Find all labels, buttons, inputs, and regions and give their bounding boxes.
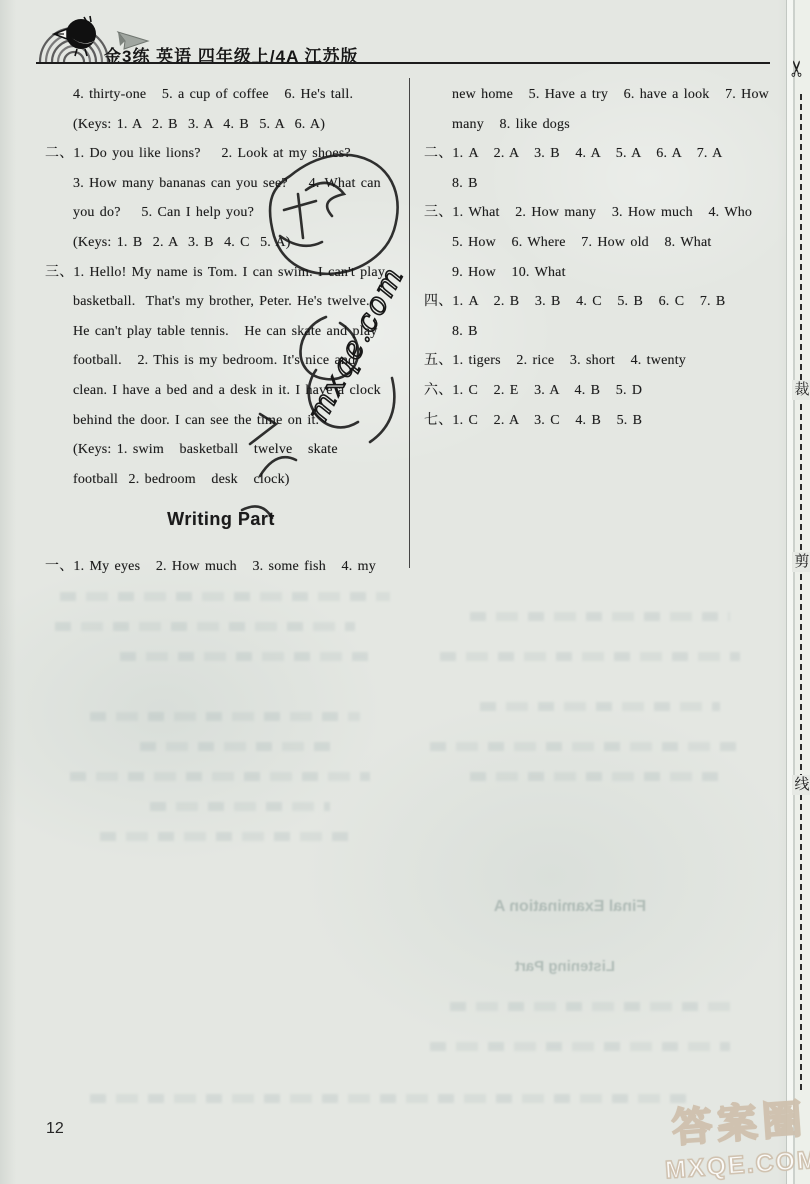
answer-line: 七、1. C 2. A 3. C 4. B 5. B: [424, 406, 776, 436]
answer-line: new home 5. Have a try 6. have a look 7.…: [424, 80, 776, 110]
bleedthrough-smudge: [430, 742, 740, 751]
answer-line: football. 2. This is my bedroom. It's ni…: [45, 346, 397, 376]
bleedthrough-smudge: [150, 802, 330, 811]
answer-line: 8. B: [424, 317, 776, 347]
bleedthrough-smudge: [140, 742, 340, 751]
bleedthrough-smudge: [70, 772, 370, 781]
answer-line: 三、1. Hello! My name is Tom. I can swim. …: [45, 258, 397, 288]
answer-line: 四、1. A 2. B 3. B 4. C 5. B 6. C 7. B: [424, 287, 776, 317]
answer-line: clean. I have a bed and a desk in it. I …: [45, 376, 397, 406]
bleedthrough-smudge: [440, 652, 740, 661]
bleedthrough-smudge: [55, 622, 355, 631]
answer-line: 5. How 6. Where 7. How old 8. What: [424, 228, 776, 258]
cut-line-label: 裁: [792, 380, 810, 400]
brand-watermark-cn: 答案圈: [660, 1087, 810, 1155]
answer-line: 4. thirty-one 5. a cup of coffee 6. He's…: [45, 80, 397, 110]
bleedthrough-smudge: [470, 612, 730, 621]
answer-line: 五、1. tigers 2. rice 3. short 4. twenty: [424, 346, 776, 376]
writing-part-heading: Writing Part: [45, 506, 397, 532]
answer-line: 二、1. Do you like lions? 2. Look at my sh…: [45, 139, 397, 169]
answer-line: (Keys: 1. A 2. B 3. A 4. B 5. A 6. A): [45, 110, 397, 140]
column-divider: [409, 78, 410, 568]
cut-line-label: 线: [792, 775, 810, 795]
bleedthrough-smudge: [90, 1094, 690, 1103]
answer-line: 3. How many bananas can you see? 4. What…: [45, 169, 397, 199]
bleedthrough-smudge: [60, 592, 390, 601]
answer-line: 一、1. My eyes 2. How much 3. some fish 4.…: [45, 552, 397, 582]
page-number: 12: [46, 1120, 64, 1138]
bleedthrough-text: Final Examination A: [460, 898, 680, 916]
answer-line: you do? 5. Can I help you?: [45, 198, 397, 228]
brand-watermark: 答案圈 MXQE.COM: [660, 1087, 810, 1184]
page-edge: [786, 0, 810, 1184]
bleedthrough-smudge: [120, 652, 370, 661]
answer-line: (Keys: 1. swim basketball twelve skate: [45, 435, 397, 465]
scanned-workbook-page: 金3练 英语 四年级上/4A 江苏版 4. thirty-one 5. a cu…: [0, 0, 810, 1184]
bleedthrough-smudge: [470, 772, 720, 781]
answer-line: 8. B: [424, 169, 776, 199]
scissors-icon: ✂: [786, 59, 810, 77]
answer-line: many 8. like dogs: [424, 110, 776, 140]
cut-dashed-line: [800, 94, 802, 1090]
bleedthrough-smudge: [90, 712, 360, 721]
answer-line: (Keys: 1. B 2. A 3. B 4. C 5. A): [45, 228, 397, 258]
answer-line: basketball. That's my brother, Peter. He…: [45, 287, 397, 317]
answer-line: behind the door. I can see the time on i…: [45, 406, 397, 436]
bird-icon: [54, 16, 96, 56]
bleedthrough-text: Listening Part: [475, 958, 655, 975]
bleedthrough-smudge: [480, 702, 720, 711]
bleedthrough-smudge: [450, 1002, 730, 1011]
answer-line: 六、1. C 2. E 3. A 4. B 5. D: [424, 376, 776, 406]
answer-line: He can't play table tennis. He can skate…: [45, 317, 397, 347]
cut-line-label: 剪: [792, 552, 810, 572]
header-rule: [36, 62, 770, 64]
bleedthrough-smudge: [100, 832, 350, 841]
right-column: new home 5. Have a try 6. have a look 7.…: [424, 80, 776, 435]
left-column: 4. thirty-one 5. a cup of coffee 6. He's…: [45, 80, 397, 582]
bleedthrough-smudge: [430, 1042, 730, 1051]
answer-line: 二、1. A 2. A 3. B 4. A 5. A 6. A 7. A: [424, 139, 776, 169]
answer-line: 三、1. What 2. How many 3. How much 4. Who: [424, 198, 776, 228]
answer-line: football 2. bedroom desk clock): [45, 465, 397, 495]
answer-line: 9. How 10. What: [424, 258, 776, 288]
